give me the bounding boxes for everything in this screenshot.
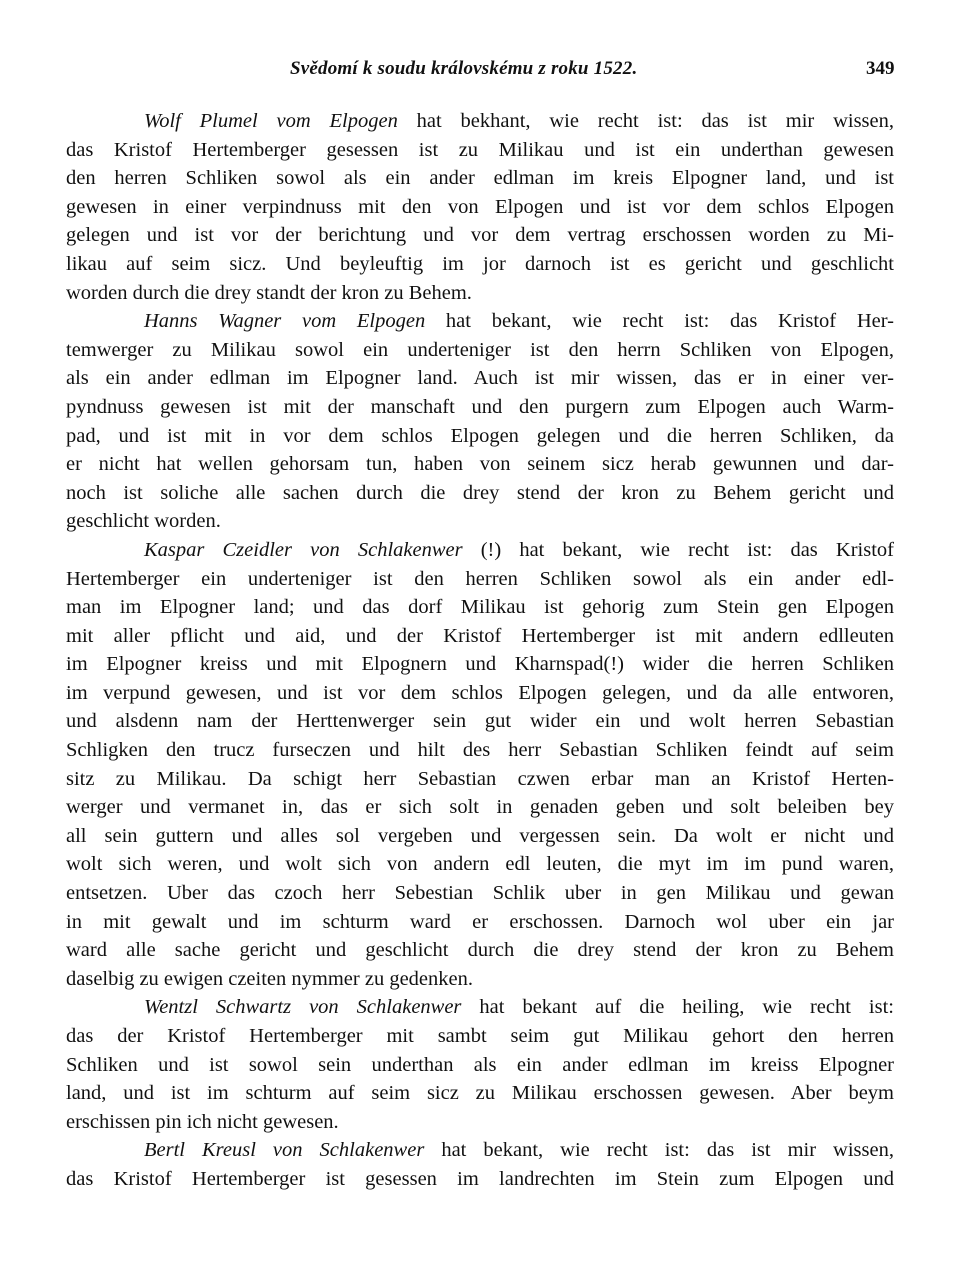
text-line: pyndnuss gewesen ist mit der manschaft u… (66, 393, 894, 422)
text-line: wolt sich weren, und wolt sich von ander… (66, 850, 894, 879)
text-line: das Kristof Hertemberger ist gesessen im… (66, 1165, 894, 1194)
witness-name: Bertl Kreusl von Schlakenwer (144, 1139, 424, 1161)
page-body: Wolf Plumel vom Elpogen hat bekhant, wie… (66, 107, 894, 1194)
testimony-paragraph: Kaspar Czeidler von Schlakenwer (!) hat … (66, 536, 894, 994)
text-line: werger und vermanet in, das er sich solt… (66, 793, 894, 822)
witness-name: Wolf Plumel vom Elpogen (144, 110, 398, 132)
testimony-paragraph: Hanns Wagner vom Elpogen hat bekant, wie… (66, 307, 894, 536)
text-line: man im Elpogner land; und das dorf Milik… (66, 593, 894, 622)
text-line: er nicht hat wellen gehorsam tun, haben … (66, 450, 894, 479)
text-line: ward alle sache gericht und geschlicht d… (66, 936, 894, 965)
text-line: das der Kristof Hertemberger mit sambt s… (66, 1022, 894, 1051)
text-line: sitz zu Milikau. Da schigt herr Sebastia… (66, 765, 894, 794)
text-line: gewesen in einer verpindnuss mit den von… (66, 193, 894, 222)
text-line: erschissen pin ich nicht gewesen. (66, 1108, 894, 1137)
text-line: gelegen und ist vor der berichtung und v… (66, 221, 894, 250)
text-line: daselbig zu ewigen czeiten nymmer zu ged… (66, 965, 894, 994)
testimony-paragraph: Wolf Plumel vom Elpogen hat bekhant, wie… (66, 107, 894, 307)
witness-name: Hanns Wagner vom Elpogen (144, 310, 425, 332)
text-line: in mit gewalt und im schturm ward er ers… (66, 908, 894, 937)
text-line: pad, und ist mit in vor dem schlos Elpog… (66, 422, 894, 451)
text-line: als ein ander edlman im Elpogner land. A… (66, 364, 894, 393)
text-line: und alsdenn nam der Herttenwerger sein g… (66, 707, 894, 736)
text-line: Hertemberger ein underteniger ist den he… (66, 565, 894, 594)
running-title: Svědomí k soudu královskému z roku 1522. (290, 58, 637, 80)
text-line: im verpund gewesen, und ist vor dem schl… (66, 679, 894, 708)
testimony-paragraph: Bertl Kreusl von Schlakenwer hat bekant,… (66, 1136, 894, 1193)
text-line: Wolf Plumel vom Elpogen hat bekhant, wie… (66, 107, 894, 136)
text-line: likau auf seim sicz. Und beyleuftig im j… (66, 250, 894, 279)
witness-name: Wentzl Schwartz von Schlakenwer (144, 996, 461, 1018)
page-number: 349 (866, 58, 895, 80)
text-line: Bertl Kreusl von Schlakenwer hat bekant,… (66, 1136, 894, 1165)
text-line: das Kristof Hertemberger gesessen ist zu… (66, 136, 894, 165)
text-line: Hanns Wagner vom Elpogen hat bekant, wie… (66, 307, 894, 336)
text-line: mit aller pflicht und aid, und der Krist… (66, 622, 894, 651)
text-line: entsetzen. Uber das czoch herr Sebestian… (66, 879, 894, 908)
testimony-paragraph: Wentzl Schwartz von Schlakenwer hat beka… (66, 993, 894, 1136)
text-line: temwerger zu Milikau sowol ein underteni… (66, 336, 894, 365)
text-line: geschlicht worden. (66, 507, 894, 536)
text-line: im Elpogner kreiss und mit Elpognern und… (66, 650, 894, 679)
text-line: land, und ist im schturm auf seim sicz z… (66, 1079, 894, 1108)
text-line: den herren Schliken sowol als ein ander … (66, 164, 894, 193)
text-line: worden durch die drey standt der kron zu… (66, 279, 894, 308)
text-line: noch ist soliche alle sachen durch die d… (66, 479, 894, 508)
text-line: all sein guttern und alles sol vergeben … (66, 822, 894, 851)
page-header: Svědomí k soudu královskému z roku 1522.… (0, 58, 960, 82)
witness-name: Kaspar Czeidler von Schlakenwer (144, 539, 463, 561)
text-line: Wentzl Schwartz von Schlakenwer hat beka… (66, 993, 894, 1022)
text-line: Kaspar Czeidler von Schlakenwer (!) hat … (66, 536, 894, 565)
text-line: Schliken und ist sowol sein underthan al… (66, 1051, 894, 1080)
text-line: Schligken den trucz furseczen und hilt d… (66, 736, 894, 765)
